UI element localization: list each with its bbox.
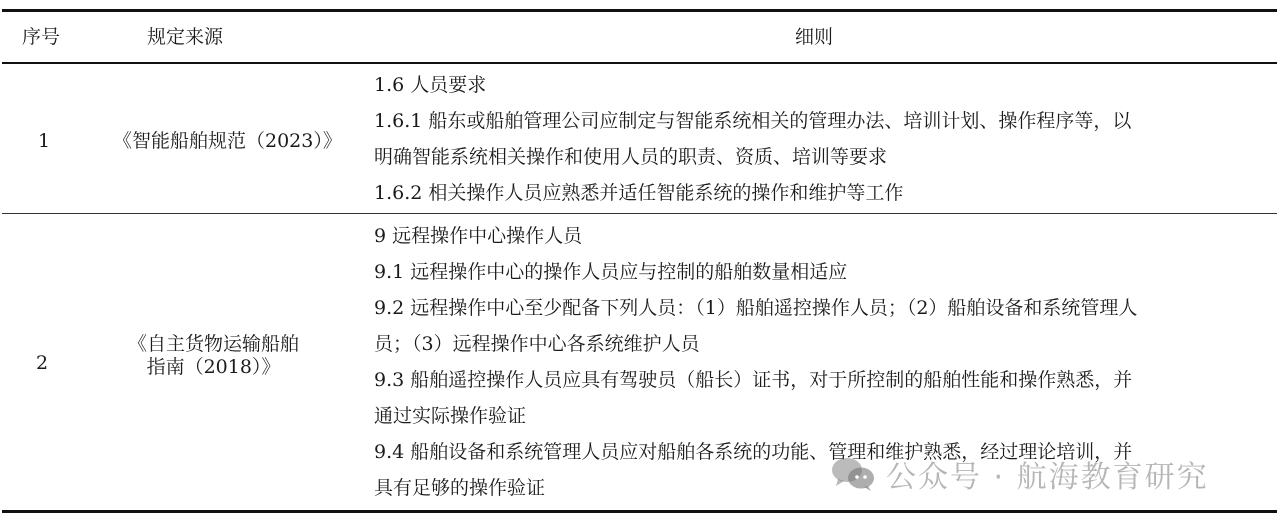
detail-line: 9 远程操作中心操作人员: [374, 225, 1137, 261]
detail-line: 1.6.2 相关操作人员应熟悉并适任智能系统的操作和维护等工作: [374, 182, 1131, 218]
source-line: 指南（2018）》: [128, 356, 299, 379]
watermark-text: 公众号 · 航海教育研究: [886, 452, 1209, 496]
header-detail: 细则: [795, 26, 833, 49]
detail-line: 员；（3）远程操作中心各系统维护人员: [374, 333, 1137, 369]
row-1-details: 1.6 人员要求 1.6.1 船东或船舶管理公司应制定与智能系统相关的管理办法、…: [374, 74, 1131, 218]
detail-line: 9.2 远程操作中心至少配备下列人员：（1）船舶遥控操作人员；（2）船舶设备和系…: [374, 297, 1137, 333]
detail-line: 1.6 人员要求: [374, 74, 1131, 110]
table-header-rule: [2, 62, 1277, 64]
header-regulation-source: 规定来源: [147, 26, 223, 49]
row-1-number: 1: [38, 130, 50, 153]
source-line: 《自主货物运输船舶: [128, 333, 299, 356]
detail-line: 1.6.1 船东或船舶管理公司应制定与智能系统相关的管理办法、培训计划、操作程序…: [374, 110, 1131, 146]
row-1-source: 《智能船舶规范（2023）》: [113, 130, 342, 153]
watermark: 公众号 · 航海教育研究: [830, 452, 1209, 496]
header-serial-number: 序号: [22, 26, 60, 49]
row-2-source: 《自主货物运输船舶 指南（2018）》: [128, 333, 299, 379]
row-2-number: 2: [36, 352, 48, 375]
detail-line: 9.1 远程操作中心的操作人员应与控制的船舶数量相适应: [374, 261, 1137, 297]
table-top-rule: [2, 9, 1277, 12]
detail-line: 通过实际操作验证: [374, 405, 1137, 441]
wechat-icon: [830, 455, 876, 493]
detail-line: 明确智能系统相关操作和使用人员的职责、资质、培训等要求: [374, 146, 1131, 182]
detail-line: 9.3 船舶遥控操作人员应具有驾驶员（船长）证书，对于所控制的船舶性能和操作熟悉…: [374, 369, 1137, 405]
